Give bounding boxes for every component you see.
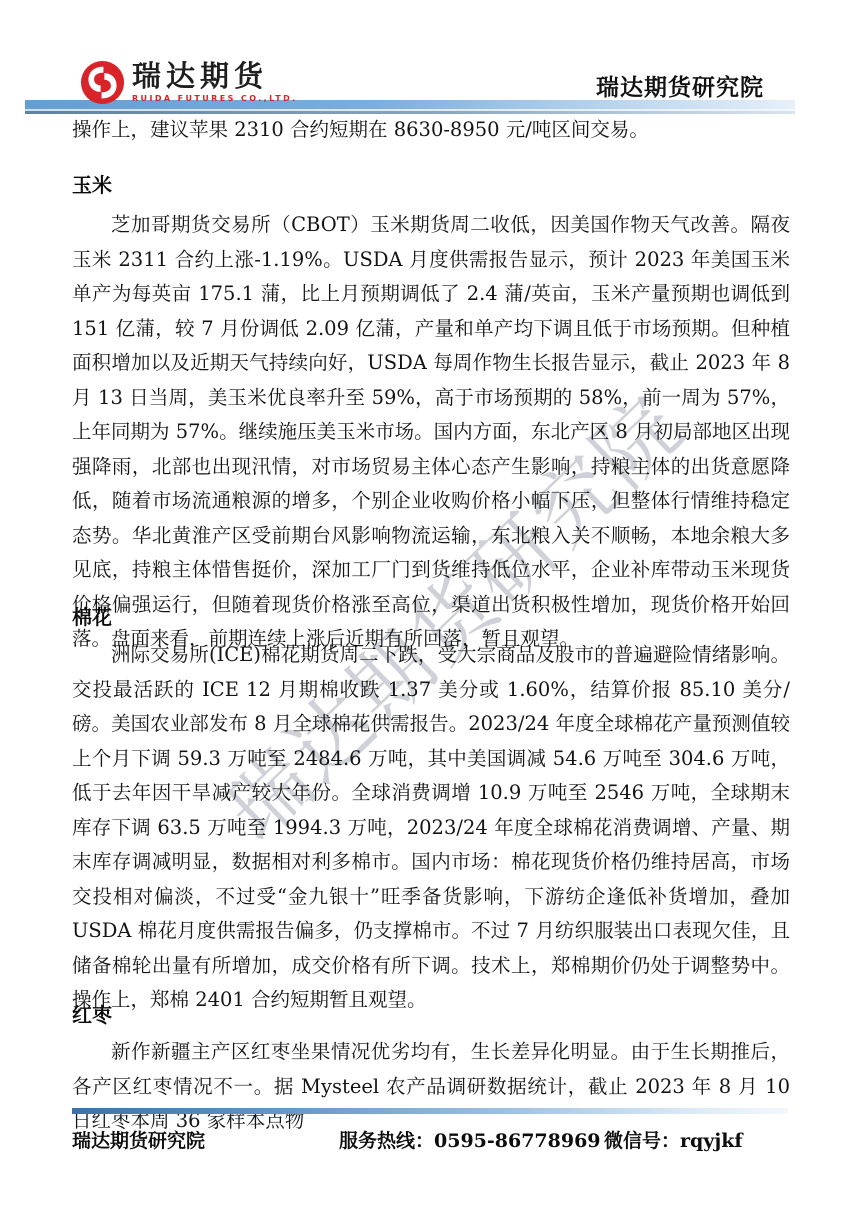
- brand-name-en: RUIDA FUTURES CO.,LTD.: [132, 94, 298, 103]
- section-red-dates-body: 新作新疆主产区红枣坐果情况优劣均有，生长差异化明显。由于生长期推后，各产区红枣情…: [72, 1035, 790, 1139]
- section-corn-heading: 玉米: [72, 172, 790, 198]
- section-cotton-heading: 棉花: [72, 604, 790, 630]
- section-red-dates: 红枣 新作新疆主产区红枣坐果情况优劣均有，生长差异化明显。由于生长期推后，各产区…: [72, 1002, 790, 1139]
- brand-text: 瑞达期货 RUIDA FUTURES CO.,LTD.: [132, 60, 298, 103]
- section-cotton: 棉花 洲际交易所(ICE)棉花期货周二下跌，受大宗商品及股市的普遍避险情绪影响。…: [72, 604, 790, 1018]
- footer-divider: [72, 1108, 788, 1114]
- report-page: 瑞达期货 RUIDA FUTURES CO.,LTD. 瑞达期货研究院 瑞达期货…: [0, 0, 860, 1217]
- header-institute-title: 瑞达期货研究院: [596, 69, 764, 102]
- footer-hotline: 服务热线：0595-86778969: [339, 1126, 601, 1153]
- company-logo: 瑞达期货 RUIDA FUTURES CO.,LTD.: [80, 60, 298, 105]
- section-red-dates-heading: 红枣: [72, 1002, 790, 1028]
- intro-paragraph-block: 操作上，建议苹果 2310 合约短期在 8630-8950 元/吨区间交易。: [72, 113, 790, 148]
- footer-wechat: 微信号：rqyjkf: [604, 1126, 743, 1153]
- section-cotton-body: 洲际交易所(ICE)棉花期货周二下跌，受大宗商品及股市的普遍避险情绪影响。交投最…: [72, 638, 790, 1018]
- brand-name-cn: 瑞达期货: [132, 60, 298, 92]
- section-corn: 玉米 芝加哥期货交易所（CBOT）玉米期货周二收低，因美国作物天气改善。隔夜玉米…: [72, 172, 790, 657]
- ruida-logo-icon: [80, 60, 125, 105]
- footer-institute: 瑞达期货研究院: [72, 1126, 205, 1153]
- section-corn-body: 芝加哥期货交易所（CBOT）玉米期货周二收低，因美国作物天气改善。隔夜玉米 23…: [72, 208, 790, 657]
- intro-paragraph: 操作上，建议苹果 2310 合约短期在 8630-8950 元/吨区间交易。: [72, 113, 790, 148]
